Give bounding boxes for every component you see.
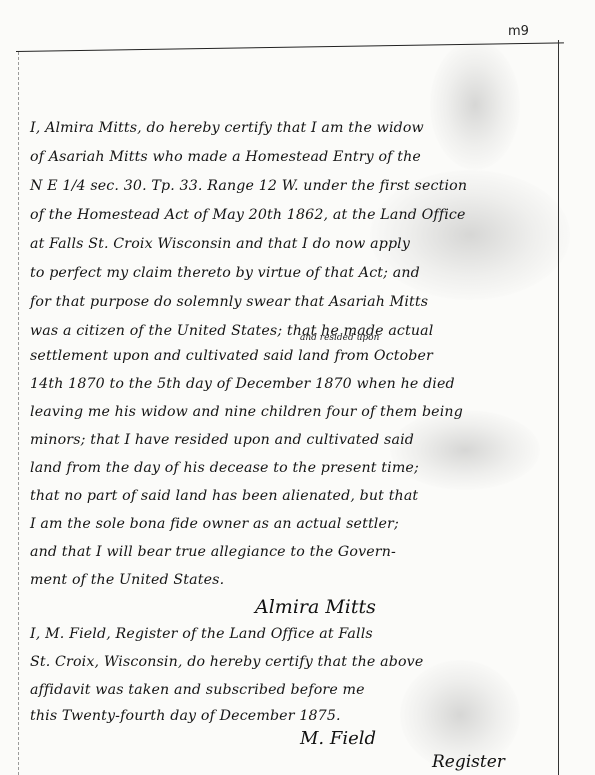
affidavit-line: I, Almira Mitts, do hereby certify that … [30,120,562,136]
affidavit-line: land from the day of his decease to the … [30,460,562,476]
affidavit-line: of the Homestead Act of May 20th 1862, a… [30,207,562,223]
affidavit-line: leaving me his widow and nine children f… [30,404,562,420]
register-title: Register [432,752,505,772]
affidavit-line: of Asariah Mitts who made a Homestead En… [30,149,562,165]
affidavit-line: and that I will bear true allegiance to … [30,544,562,560]
affidavit-line: 14th 1870 to the 5th day of December 187… [30,376,562,392]
register-signature: M. Field [300,728,376,749]
affidavit-line: settlement upon and cultivated said land… [30,348,562,364]
affidavit-line: I am the sole bona fide owner as an actu… [30,516,562,532]
scan-smudge [390,410,540,490]
certification-line: this Twenty-fourth day of December 1875. [30,708,562,724]
affidavit-line: ment of the United States. [30,572,562,588]
affidavit-line: minors; that I have resided upon and cul… [30,432,562,448]
left-margin-rule [18,52,19,775]
affidavit-line: N E 1/4 sec. 30. Tp. 33. Range 12 W. und… [30,178,562,194]
header-rule [16,42,564,52]
affidavit-line: was a citizen of the United States; that… [30,323,562,339]
certification-line: St. Croix, Wisconsin, do hereby certify … [30,654,562,670]
affiant-signature: Almira Mitts [255,596,376,618]
affidavit-line: that no part of said land has been alien… [30,488,562,504]
affidavit-line: at Falls St. Croix Wisconsin and that I … [30,236,562,252]
affidavit-line: for that purpose do solemnly swear that … [30,294,562,310]
interlinear-insertion: and resided upon [300,333,379,343]
certification-line: I, M. Field, Register of the Land Office… [30,626,562,642]
page-number: m9 [508,24,529,39]
affidavit-line: to perfect my claim thereto by virtue of… [30,265,562,281]
certification-line: affidavit was taken and subscribed befor… [30,682,562,698]
document-page: m9 I, Almira Mitts, do hereby certify th… [0,0,595,775]
